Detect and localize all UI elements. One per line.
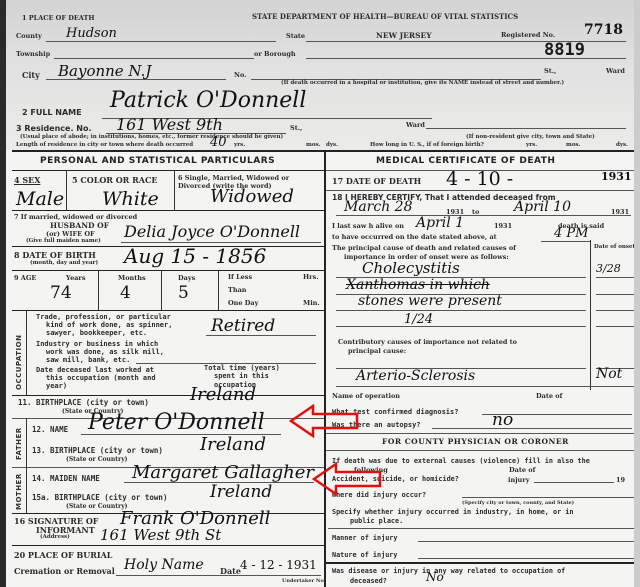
father-birthplace-label: 13. BIRTHPLACE (city or town) xyxy=(32,446,163,455)
industry-label-2: work was done, as silk mill, xyxy=(46,348,164,356)
burial-value: Holy Name xyxy=(124,557,204,573)
related-occupation-label-1: Was disease or injury in any way related… xyxy=(332,567,565,575)
township-label: Township xyxy=(16,50,50,58)
informant-label-3: (Address) xyxy=(40,534,70,540)
mother-birthplace-sub: (State or Country) xyxy=(66,503,128,510)
related-occupation-value: No xyxy=(426,570,444,584)
manner-of-injury-label: Manner of injury xyxy=(332,534,397,542)
days-label: Days xyxy=(178,274,195,282)
city-label: City xyxy=(22,70,40,80)
ward-label-top: Ward xyxy=(606,67,625,75)
last-worked-label-1: Date deceased last worked at xyxy=(36,366,154,374)
operation-date-label: Date of xyxy=(536,392,562,400)
spouse-value: Delia Joyce O'Donnell xyxy=(124,222,300,241)
age-months-value: 4 xyxy=(120,283,131,303)
residence-note: (Usual place of abode; in institutions, … xyxy=(20,134,283,140)
length-yrs: yrs. xyxy=(234,142,245,148)
if-less-label: If Less xyxy=(228,273,252,281)
trade-label-3: sawyer, bookkeeper, etc. xyxy=(46,329,147,337)
cause-3: stones were present xyxy=(358,293,502,309)
birthplace-label: 11. BIRTHPLACE (city or town) xyxy=(18,398,149,407)
city-value: Bayonne N.J xyxy=(58,62,151,80)
father-birthplace-sub: (State or Country) xyxy=(66,456,128,463)
hospital-note: (If death occurred in a hospital or inst… xyxy=(281,80,564,86)
last-saw-year: 1931 xyxy=(494,222,512,230)
min-label: Min. xyxy=(303,299,320,307)
contributory-value: Arterio-Sclerosis xyxy=(356,368,475,384)
spouse-label-2: HUSBAND OF xyxy=(50,221,109,230)
spouse-label-3: (or) WIFE OF xyxy=(46,230,95,238)
cause-date: 3/28 xyxy=(596,262,621,275)
residence-value: 161 West 9th xyxy=(116,115,223,134)
injury-label: injury xyxy=(508,476,529,484)
mother-birthplace-value: Ireland xyxy=(210,482,272,502)
last-worked-label-3: year) xyxy=(46,382,67,390)
scan-edge xyxy=(634,0,640,587)
contributory-date: Not xyxy=(596,366,622,382)
marital-status-value: Widowed xyxy=(210,186,294,207)
spouse-label-1: 7 If married, widowed or divorced xyxy=(14,213,137,221)
attended-to-value: April 10 xyxy=(514,199,571,215)
burial-label: 20 PLACE OF BURIAL xyxy=(14,550,112,560)
county-label: County xyxy=(16,32,42,40)
informant-address: 161 West 9th St xyxy=(100,526,221,544)
cause-2: Xanthomas in which xyxy=(346,277,490,293)
where-injury-sub: (Specify city or town, county, and State… xyxy=(462,500,574,506)
specify-injury-label-1: Specify whether injury occurred in indus… xyxy=(332,508,573,516)
last-saw-label: I last saw h alive on xyxy=(332,222,404,230)
length-of-residence-label: Length of residence in city or town wher… xyxy=(16,142,193,148)
specify-injury-label-2: public place. xyxy=(350,517,403,525)
department-title: STATE DEPARTMENT OF HEALTH—BUREAU OF VIT… xyxy=(252,12,518,21)
sex-value: Male xyxy=(16,188,64,210)
burial-date-value: 4 - 12 - 1931 xyxy=(240,558,317,572)
red-arrow-icon-father xyxy=(289,404,359,438)
st-label: St., xyxy=(544,67,556,75)
personal-section-title: PERSONAL AND STATISTICAL PARTICULARS xyxy=(40,156,275,166)
mother-side-label: MOTHER xyxy=(15,473,23,510)
full-name-value: Patrick O'Donnell xyxy=(110,88,306,113)
injury-year: 19 xyxy=(616,476,625,484)
occurred-label: to have occurred on the date stated abov… xyxy=(332,233,497,241)
related-occupation-label-2: deceased? xyxy=(350,577,387,585)
us-length-label: How long in U. S., if of foreign birth? xyxy=(370,142,484,148)
us-yrs: yrs. xyxy=(526,142,537,148)
medical-section-title: MEDICAL CERTIFICATE OF DEATH xyxy=(376,156,555,166)
county-value: Hudson xyxy=(66,26,117,41)
birthplace-value: Ireland xyxy=(190,384,256,405)
age-label: 9 AGE xyxy=(14,274,36,282)
length-dys: dys. xyxy=(326,142,338,148)
months-label: Months xyxy=(118,274,146,282)
than-label: Than xyxy=(228,286,247,294)
color-label: 5 COLOR OR RACE xyxy=(72,175,157,185)
non-resident-note: (If non-resident give city, town and Sta… xyxy=(466,134,595,140)
registered-no-label: Registered No. xyxy=(501,31,555,39)
dob-sub: (month, day and year) xyxy=(30,260,98,266)
place-of-death-label: 1 PLACE OF DEATH xyxy=(22,14,94,22)
total-time-label-1: Total time (years) xyxy=(204,364,280,372)
contributory-label-2: principal cause: xyxy=(348,347,406,355)
mother-name-label: 14. MAIDEN NAME xyxy=(32,474,100,483)
years-label: Years xyxy=(66,274,86,282)
spouse-label-4: (Give full maiden name) xyxy=(26,238,101,244)
total-time-label-2: spent in this xyxy=(214,372,269,380)
borough-label: or Borough xyxy=(254,50,296,58)
trade-value: Retired xyxy=(211,316,275,336)
cremation-label: Cremation or Removal xyxy=(14,566,115,576)
color-value: White xyxy=(102,188,159,210)
date-of-death-year: 1931 xyxy=(601,170,632,183)
cause-annotation: 1/24 xyxy=(404,312,433,327)
father-birthplace-value: Ireland xyxy=(200,434,266,455)
residence-st-label: St., xyxy=(290,124,302,132)
no-label: No. xyxy=(234,71,246,79)
age-years-value: 74 xyxy=(50,283,72,303)
date-of-death-label: 17 DATE OF DEATH xyxy=(332,176,421,186)
hrs-label: Hrs. xyxy=(303,273,319,281)
us-dys: dys. xyxy=(616,142,628,148)
residence-label: 3 Residence. No. xyxy=(16,124,92,133)
residence-ward-label: Ward xyxy=(406,121,425,129)
trade-label-1: Trade, profession, or particular xyxy=(36,313,171,321)
last-worked-label-2: this occupation (month and xyxy=(46,374,156,382)
registered-no-value: 7718 xyxy=(584,22,623,38)
autopsy-value: no xyxy=(492,410,513,430)
age-days-value: 5 xyxy=(178,283,189,303)
dob-label: 8 DATE OF BIRTH xyxy=(14,250,96,260)
father-name-label: 12. NAME xyxy=(32,425,68,434)
state-label: State xyxy=(286,32,305,40)
occupation-side-label: OCCUPATION xyxy=(15,335,23,390)
undertaker-label: Undertaker No. xyxy=(282,578,325,584)
date-of-death-value: 4 - 10 - xyxy=(446,168,513,190)
nature-of-injury-label: Nature of injury xyxy=(332,551,397,559)
sex-label: 4 SEX xyxy=(14,175,40,185)
mother-name-value: Margaret Gallagher xyxy=(132,462,314,483)
one-day-label: One Day xyxy=(228,299,258,307)
cause-1: Cholecystitis xyxy=(362,259,460,277)
operation-label: Name of operation xyxy=(332,392,400,400)
red-arrow-icon-mother xyxy=(312,462,382,496)
full-name-label: 2 FULL NAME xyxy=(22,108,82,117)
industry-label-1: Industry or business in which xyxy=(36,340,158,348)
certificate-number: 8819 xyxy=(544,40,585,60)
us-mos: mos. xyxy=(566,142,581,148)
date-of-injury-label: Date of xyxy=(509,466,535,474)
cause-label-1: The principal cause of death and related… xyxy=(332,244,516,252)
mother-birthplace-label: 15a. BIRTHPLACE (city or town) xyxy=(32,493,167,502)
death-certificate: 1 PLACE OF DEATH STATE DEPARTMENT OF HEA… xyxy=(0,0,640,587)
last-saw-value: April 1 xyxy=(416,215,464,231)
dob-value: Aug 15 - 1856 xyxy=(124,244,266,268)
father-side-label: FATHER xyxy=(15,427,23,460)
trade-label-2: kind of work done, as spinner, xyxy=(46,321,172,329)
attended-from-value: March 28 xyxy=(344,199,413,215)
state-value: NEW JERSEY xyxy=(376,31,432,40)
father-name-value: Peter O'Donnell xyxy=(88,410,265,435)
occurred-value: 4 PM xyxy=(554,226,588,241)
length-of-residence-value: 40 xyxy=(210,135,227,150)
contributory-label-1: Contributory causes of importance not re… xyxy=(338,338,517,346)
date-of-onset-label: Date of onset xyxy=(594,244,635,250)
industry-label-3: saw mill, bank, etc. xyxy=(46,356,130,364)
coroner-title: FOR COUNTY PHYSICIAN OR CORONER xyxy=(382,437,569,446)
length-mos: mos. xyxy=(306,142,321,148)
